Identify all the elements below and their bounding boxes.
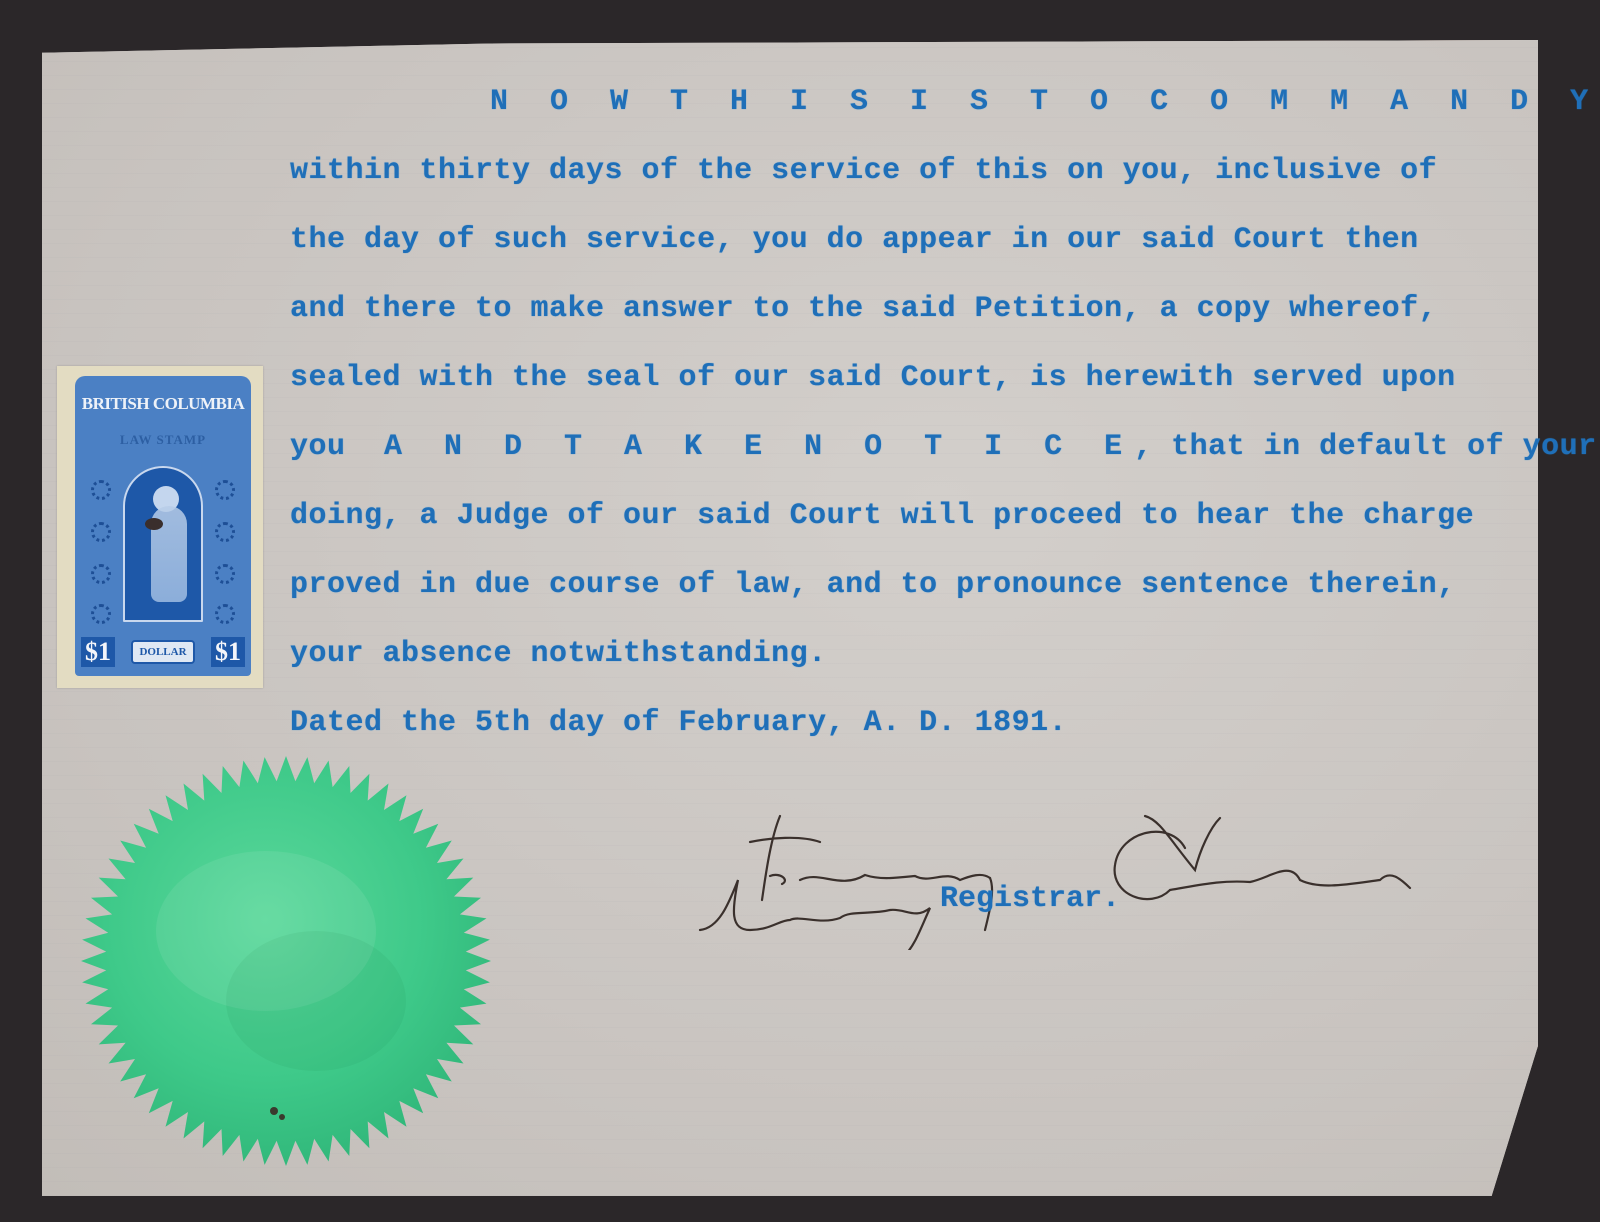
stamp-value-left: $1 [81, 637, 115, 667]
document-line-8: proved in due course of law, and to pron… [290, 551, 1510, 620]
stamp-title: BRITISH COLUMBIA [75, 394, 251, 414]
dated-line: Dated the 5th day of February, A. D. 189… [290, 689, 1510, 758]
registrar-title: Registrar. [940, 882, 1120, 916]
rosette-icon [215, 480, 235, 500]
stamp-frame: BRITISH COLUMBIA LAW STAMP $1 DOLLAR $1 [75, 376, 251, 676]
green-seal-icon [80, 755, 492, 1167]
line-6-pre: you [290, 430, 346, 464]
command-heading: N O W T H I S I S T O C O M M A N D Y O … [490, 85, 1600, 119]
line-6-post: , that in default of your so [1134, 430, 1600, 464]
law-stamp: BRITISH COLUMBIA LAW STAMP $1 DOLLAR $1 [57, 366, 263, 688]
document-line-5: sealed with the seal of our said Court, … [290, 344, 1510, 413]
stamp-arch [123, 466, 203, 622]
rosette-icon [91, 522, 111, 542]
rosette-icon [215, 604, 235, 624]
punch-hole [145, 518, 163, 530]
rosette-icon [91, 480, 111, 500]
document-line-7: doing, a Judge of our said Court will pr… [290, 482, 1510, 551]
document-body: N O W T H I S I S T O C O M M A N D Y O … [290, 68, 1510, 758]
document-line-3: the day of such service, you do appear i… [290, 206, 1510, 275]
document-line-9: your absence notwithstanding. [290, 620, 1510, 689]
handwritten-signature [690, 780, 1430, 950]
take-notice-heading: A N D T A K E N O T I C E [384, 430, 1134, 464]
stamp-subtitle: LAW STAMP [75, 432, 251, 448]
rosette-icon [91, 604, 111, 624]
rosette-icon [91, 564, 111, 584]
rosette-icon [215, 564, 235, 584]
rosette-icon [215, 522, 235, 542]
stamp-denomination: DOLLAR [131, 640, 194, 664]
document-line-6: you A N D T A K E N O T I C E, that in d… [290, 413, 1510, 482]
stamp-value-bar: $1 DOLLAR $1 [75, 634, 251, 670]
stamp-value-right: $1 [211, 637, 245, 667]
document-line-1: N O W T H I S I S T O C O M M A N D Y O … [290, 68, 1510, 137]
document-line-4: and there to make answer to the said Pet… [290, 275, 1510, 344]
document-line-2: within thirty days of the service of thi… [290, 137, 1510, 206]
